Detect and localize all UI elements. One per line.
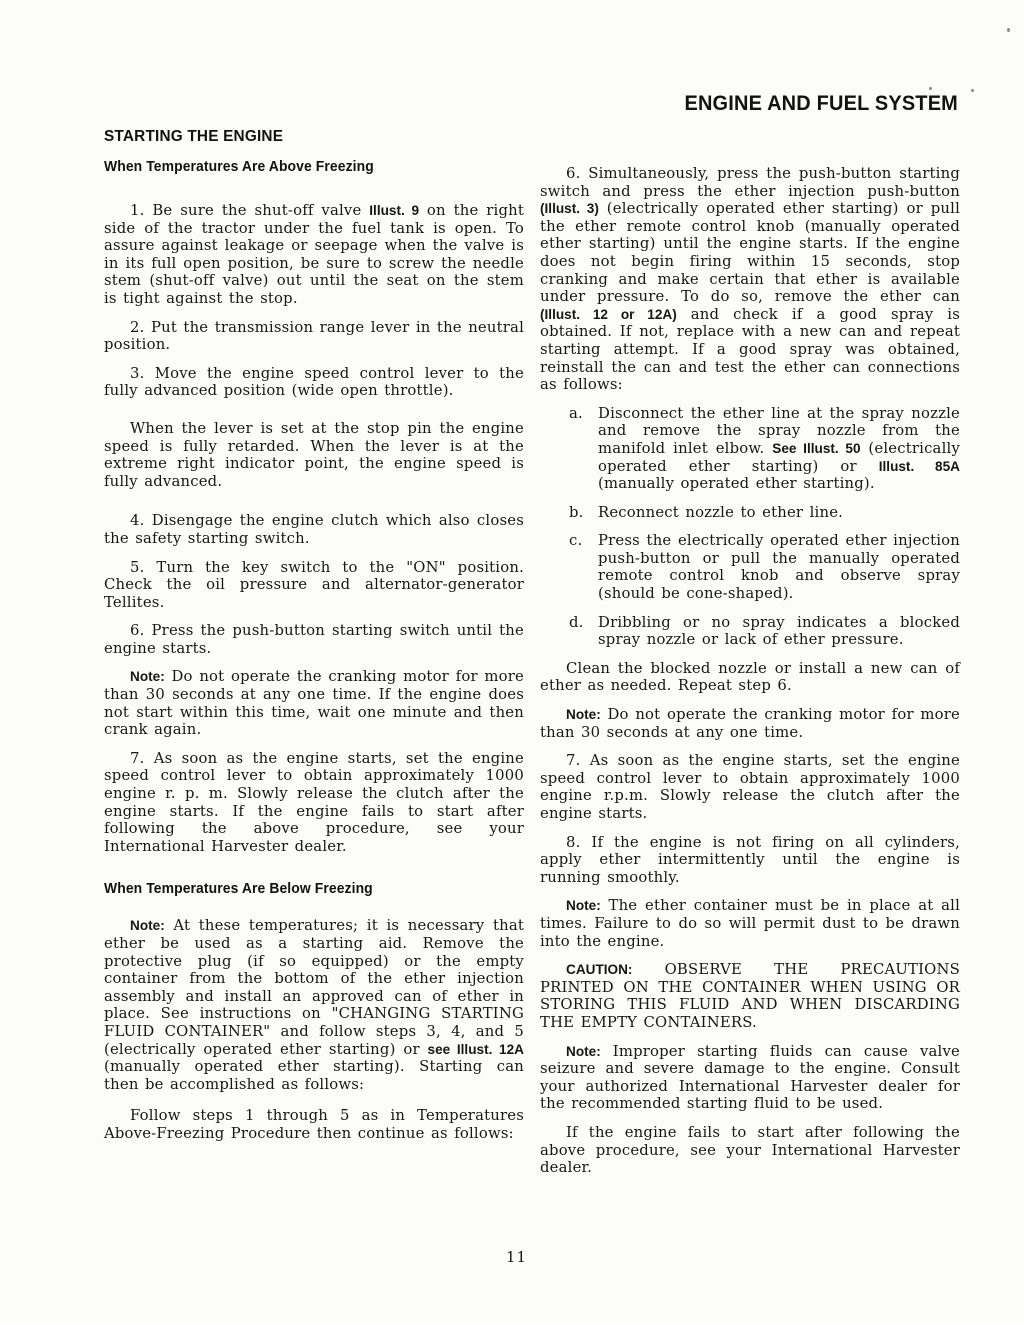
- step-7-right: 7. As soon as the engine starts, set the…: [540, 752, 960, 822]
- scan-speck: [971, 89, 974, 92]
- list-item-b: b. Reconnect nozzle to ether line.: [569, 504, 960, 522]
- manual-page: ENGINE AND FUEL SYSTEM STARTING THE ENGI…: [0, 0, 1024, 1325]
- list-label: a.: [569, 405, 598, 493]
- running-head: ENGINE AND FUEL SYSTEM: [48, 92, 958, 116]
- list-text: Reconnect nozzle to ether line.: [598, 504, 960, 522]
- list-text: Disconnect the ether line at the spray n…: [598, 405, 960, 493]
- caution-paragraph: CAUTION: OBSERVE THE PRECAUTIONS PRINTED…: [540, 961, 960, 1031]
- list-item-d: d. Dribbling or no spray indicates a blo…: [569, 614, 960, 649]
- note-ether-aid: Note: At these temperatures; it is neces…: [104, 917, 524, 1093]
- scan-speck: [1007, 28, 1010, 32]
- subheading-below-freezing: When Temperatures Are Below Freezing: [104, 881, 507, 897]
- page-number: 11: [506, 1248, 527, 1266]
- lettered-list: a. Disconnect the ether line at the spra…: [569, 405, 960, 649]
- list-label: d.: [569, 614, 598, 649]
- scan-speck: [929, 87, 932, 90]
- note-cranking-left: Note: Do not operate the cranking motor …: [104, 668, 524, 738]
- left-column: STARTING THE ENGINE When Temperatures Ar…: [104, 126, 524, 1188]
- clean-nozzle-paragraph: Clean the blocked nozzle or install a ne…: [540, 660, 960, 695]
- step-3: 3. Move the engine speed control lever t…: [104, 365, 524, 400]
- step-2: 2. Put the transmission range lever in t…: [104, 319, 524, 354]
- list-text: Press the electrically operated ether in…: [598, 532, 960, 602]
- step-5: 5. Turn the key switch to the "ON" posit…: [104, 559, 524, 612]
- section-title: STARTING THE ENGINE: [104, 128, 507, 146]
- list-label: b.: [569, 504, 598, 522]
- step-7: 7. As soon as the engine starts, set the…: [104, 750, 524, 856]
- list-item-c: c. Press the electrically operated ether…: [569, 532, 960, 602]
- note-improper-fluids: Note: Improper starting fluids can cause…: [540, 1043, 960, 1113]
- step-4: 4. Disengage the engine clutch which als…: [104, 512, 524, 547]
- note-ether-container: Note: The ether container must be in pla…: [540, 897, 960, 950]
- subheading-above-freezing: When Temperatures Are Above Freezing: [104, 159, 507, 175]
- two-column-content: STARTING THE ENGINE When Temperatures Ar…: [0, 0, 1024, 1188]
- step-8: 8. If the engine is not firing on all cy…: [540, 834, 960, 887]
- closing-paragraph: If the engine fails to start after follo…: [540, 1124, 960, 1177]
- right-column: 6. Simultaneously, press the push-button…: [540, 126, 960, 1188]
- step-6-continued: 6. Simultaneously, press the push-button…: [540, 165, 960, 394]
- list-label: c.: [569, 532, 598, 602]
- list-item-a: a. Disconnect the ether line at the spra…: [569, 405, 960, 493]
- step-1: 1. Be sure the shut-off valve Illust. 9 …: [104, 202, 524, 308]
- follow-steps-paragraph: Follow steps 1 through 5 as in Temperatu…: [104, 1107, 524, 1142]
- list-text: Dribbling or no spray indicates a blocke…: [598, 614, 960, 649]
- note-cranking-right: Note: Do not operate the cranking motor …: [540, 706, 960, 741]
- lever-info-paragraph: When the lever is set at the stop pin th…: [104, 420, 524, 490]
- step-6: 6. Press the push-button starting switch…: [104, 622, 524, 657]
